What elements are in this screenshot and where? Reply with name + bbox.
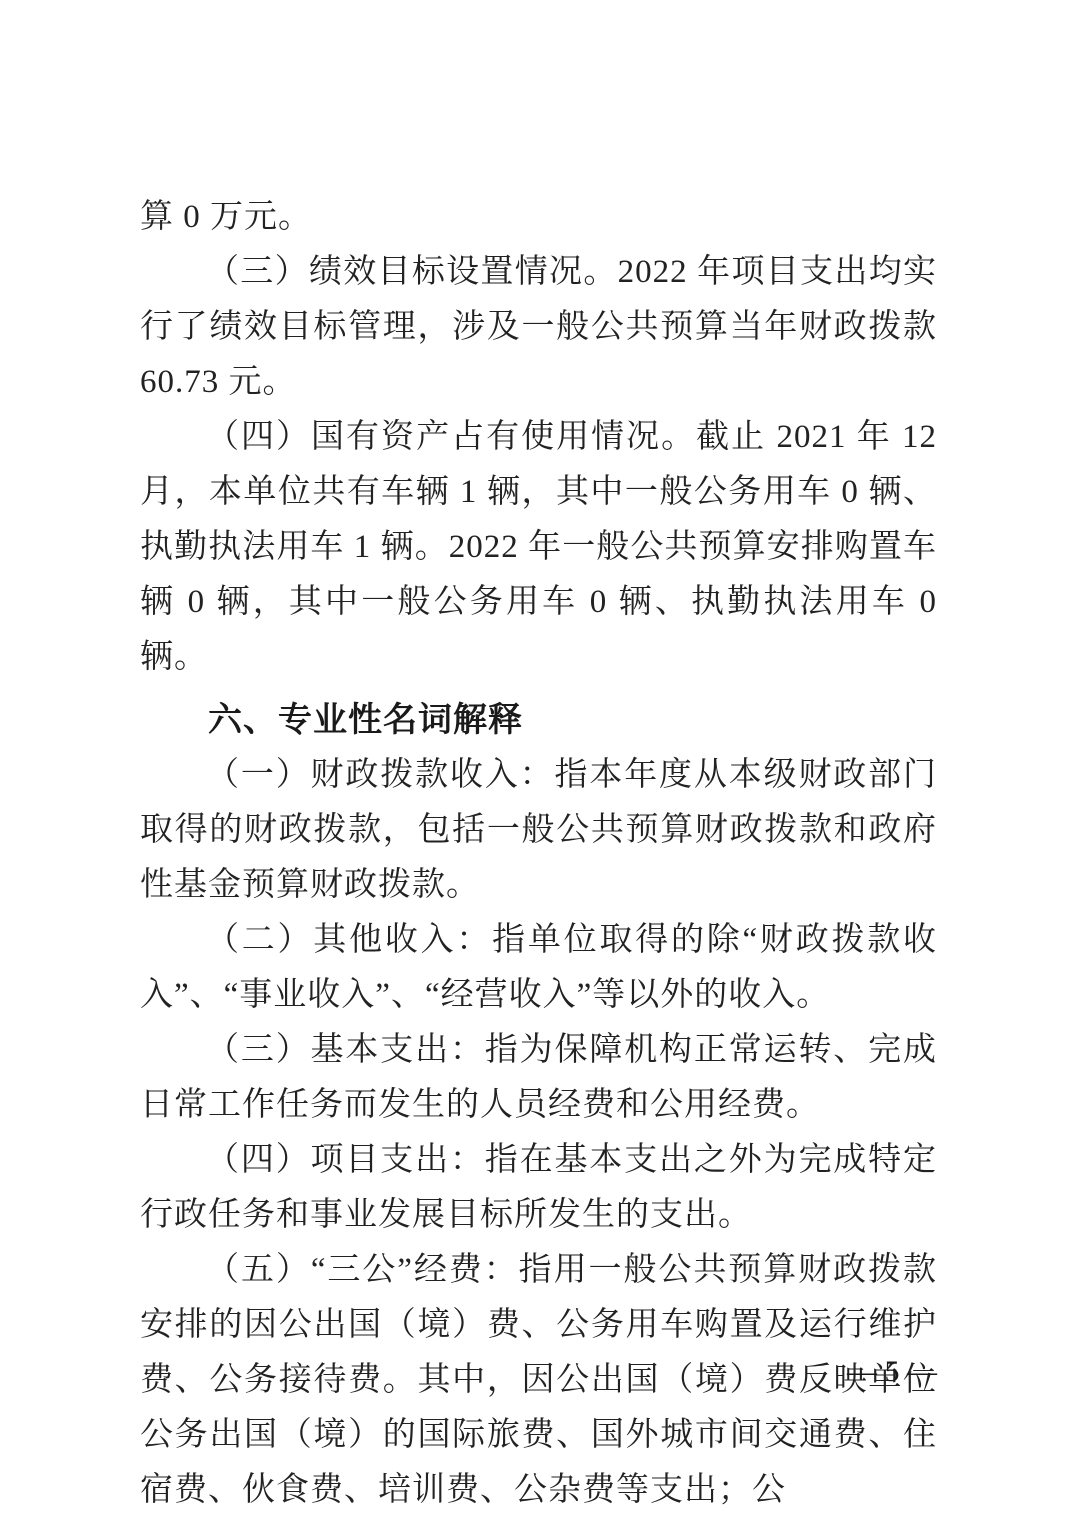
section-heading-terminology: 六、专业性名词解释: [140, 693, 937, 748]
paragraph-definition-fiscal-appropriation-income: （一）财政拨款收入：指本年度从本级财政部门取得的财政拨款，包括一般公共预算财政拨…: [140, 748, 937, 913]
paragraph-definition-basic-expenditure: （三）基本支出：指为保障机构正常运转、完成日常工作任务而发生的人员经费和公用经费…: [140, 1023, 937, 1133]
paragraph-continuation: 算 0 万元。: [140, 190, 937, 245]
paragraph-definition-project-expenditure: （四）项目支出：指在基本支出之外为完成特定行政任务和事业发展目标所发生的支出。: [140, 1133, 937, 1243]
paragraph-state-assets: （四）国有资产占有使用情况。截止 2021 年 12 月，本单位共有车辆 1 辆…: [140, 410, 937, 685]
page-footer: — 5 —: [847, 1352, 937, 1392]
document-page: 算 0 万元。 （三）绩效目标设置情况。2022 年项目支出均实行了绩效目标管理…: [0, 0, 1074, 1520]
paragraph-definition-three-public-funds: （五）“三公”经费：指用一般公共预算财政拨款安排的因公出国（境）费、公务用车购置…: [140, 1243, 937, 1518]
paragraph-definition-other-income: （二）其他收入：指单位取得的除“财政拨款收入”、“事业收入”、“经营收入”等以外…: [140, 913, 937, 1023]
document-body: 算 0 万元。 （三）绩效目标设置情况。2022 年项目支出均实行了绩效目标管理…: [140, 190, 937, 1518]
page-number: — 5 —: [847, 1355, 937, 1388]
paragraph-performance-targets: （三）绩效目标设置情况。2022 年项目支出均实行了绩效目标管理，涉及一般公共预…: [140, 245, 937, 410]
